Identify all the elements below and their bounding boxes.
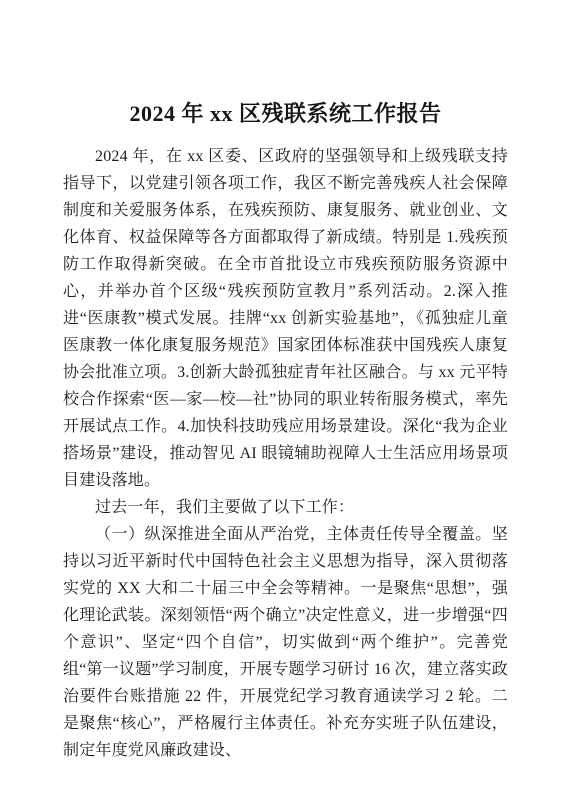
- document-page: 2024 年 xx 区残联系统工作报告 2024 年，在 xx 区委、区政府的坚…: [0, 0, 570, 807]
- paragraph-transition: 过去一年，我们主要做了以下工作：: [63, 494, 508, 521]
- document-content: 2024 年 xx 区残联系统工作报告 2024 年，在 xx 区委、区政府的坚…: [0, 0, 570, 764]
- paragraph-section-one: （一）纵深推进全面从严治党，主体责任传导全覆盖。坚持以习近平新时代中国特色社会主…: [63, 521, 508, 764]
- paragraph-overview: 2024 年，在 xx 区委、区政府的坚强领导和上级残联支持指导下，以党建引领各…: [63, 143, 508, 494]
- document-title: 2024 年 xx 区残联系统工作报告: [63, 96, 508, 132]
